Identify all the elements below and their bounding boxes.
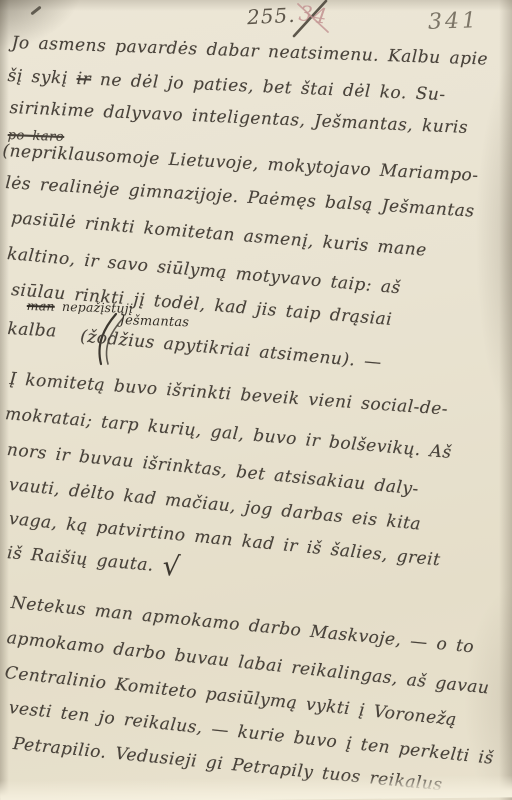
check-mark: √ — [161, 551, 181, 583]
text-segment: Jo asmens pavardės dabar neatsimenu. Kal… — [11, 33, 488, 70]
struck-text: ir — [76, 69, 91, 90]
new-page-number: 341 — [428, 8, 480, 35]
text-segment: ne dėl jo paties, bet štai dėl ko. Su- — [91, 70, 446, 105]
text-segment: sirinkime dalyvavo inteligentas, Ješmant… — [9, 98, 468, 138]
manuscript-line: Jo asmens pavardės dabar neatsimenu. Kal… — [11, 33, 488, 70]
manuscript-page: 255. 34 341 Jo asmens pavardės dabar nea… — [0, 0, 512, 800]
cross-out-mark — [286, 0, 338, 42]
text-segment: šį sykį — [7, 66, 77, 89]
manuscript-line: sirinkime dalyvavo inteligentas, Ješmant… — [9, 98, 468, 138]
manuscript-line: iš Raišių gauta. √ — [6, 543, 181, 578]
struck-text: man — [27, 298, 55, 314]
manuscript-line: kalba(žodžius apytikriai atsimenu). — — [7, 319, 384, 359]
manuscript-line: šį sykį ir ne dėl jo paties, bet štai dė… — [7, 66, 446, 105]
text-segment: kalba — [7, 319, 57, 342]
interlinear-insertion: man nepažįstųjį — [27, 298, 134, 316]
stray-ink-mark — [30, 6, 41, 16]
text-segment: iš Raišių gauta. — [6, 543, 163, 577]
